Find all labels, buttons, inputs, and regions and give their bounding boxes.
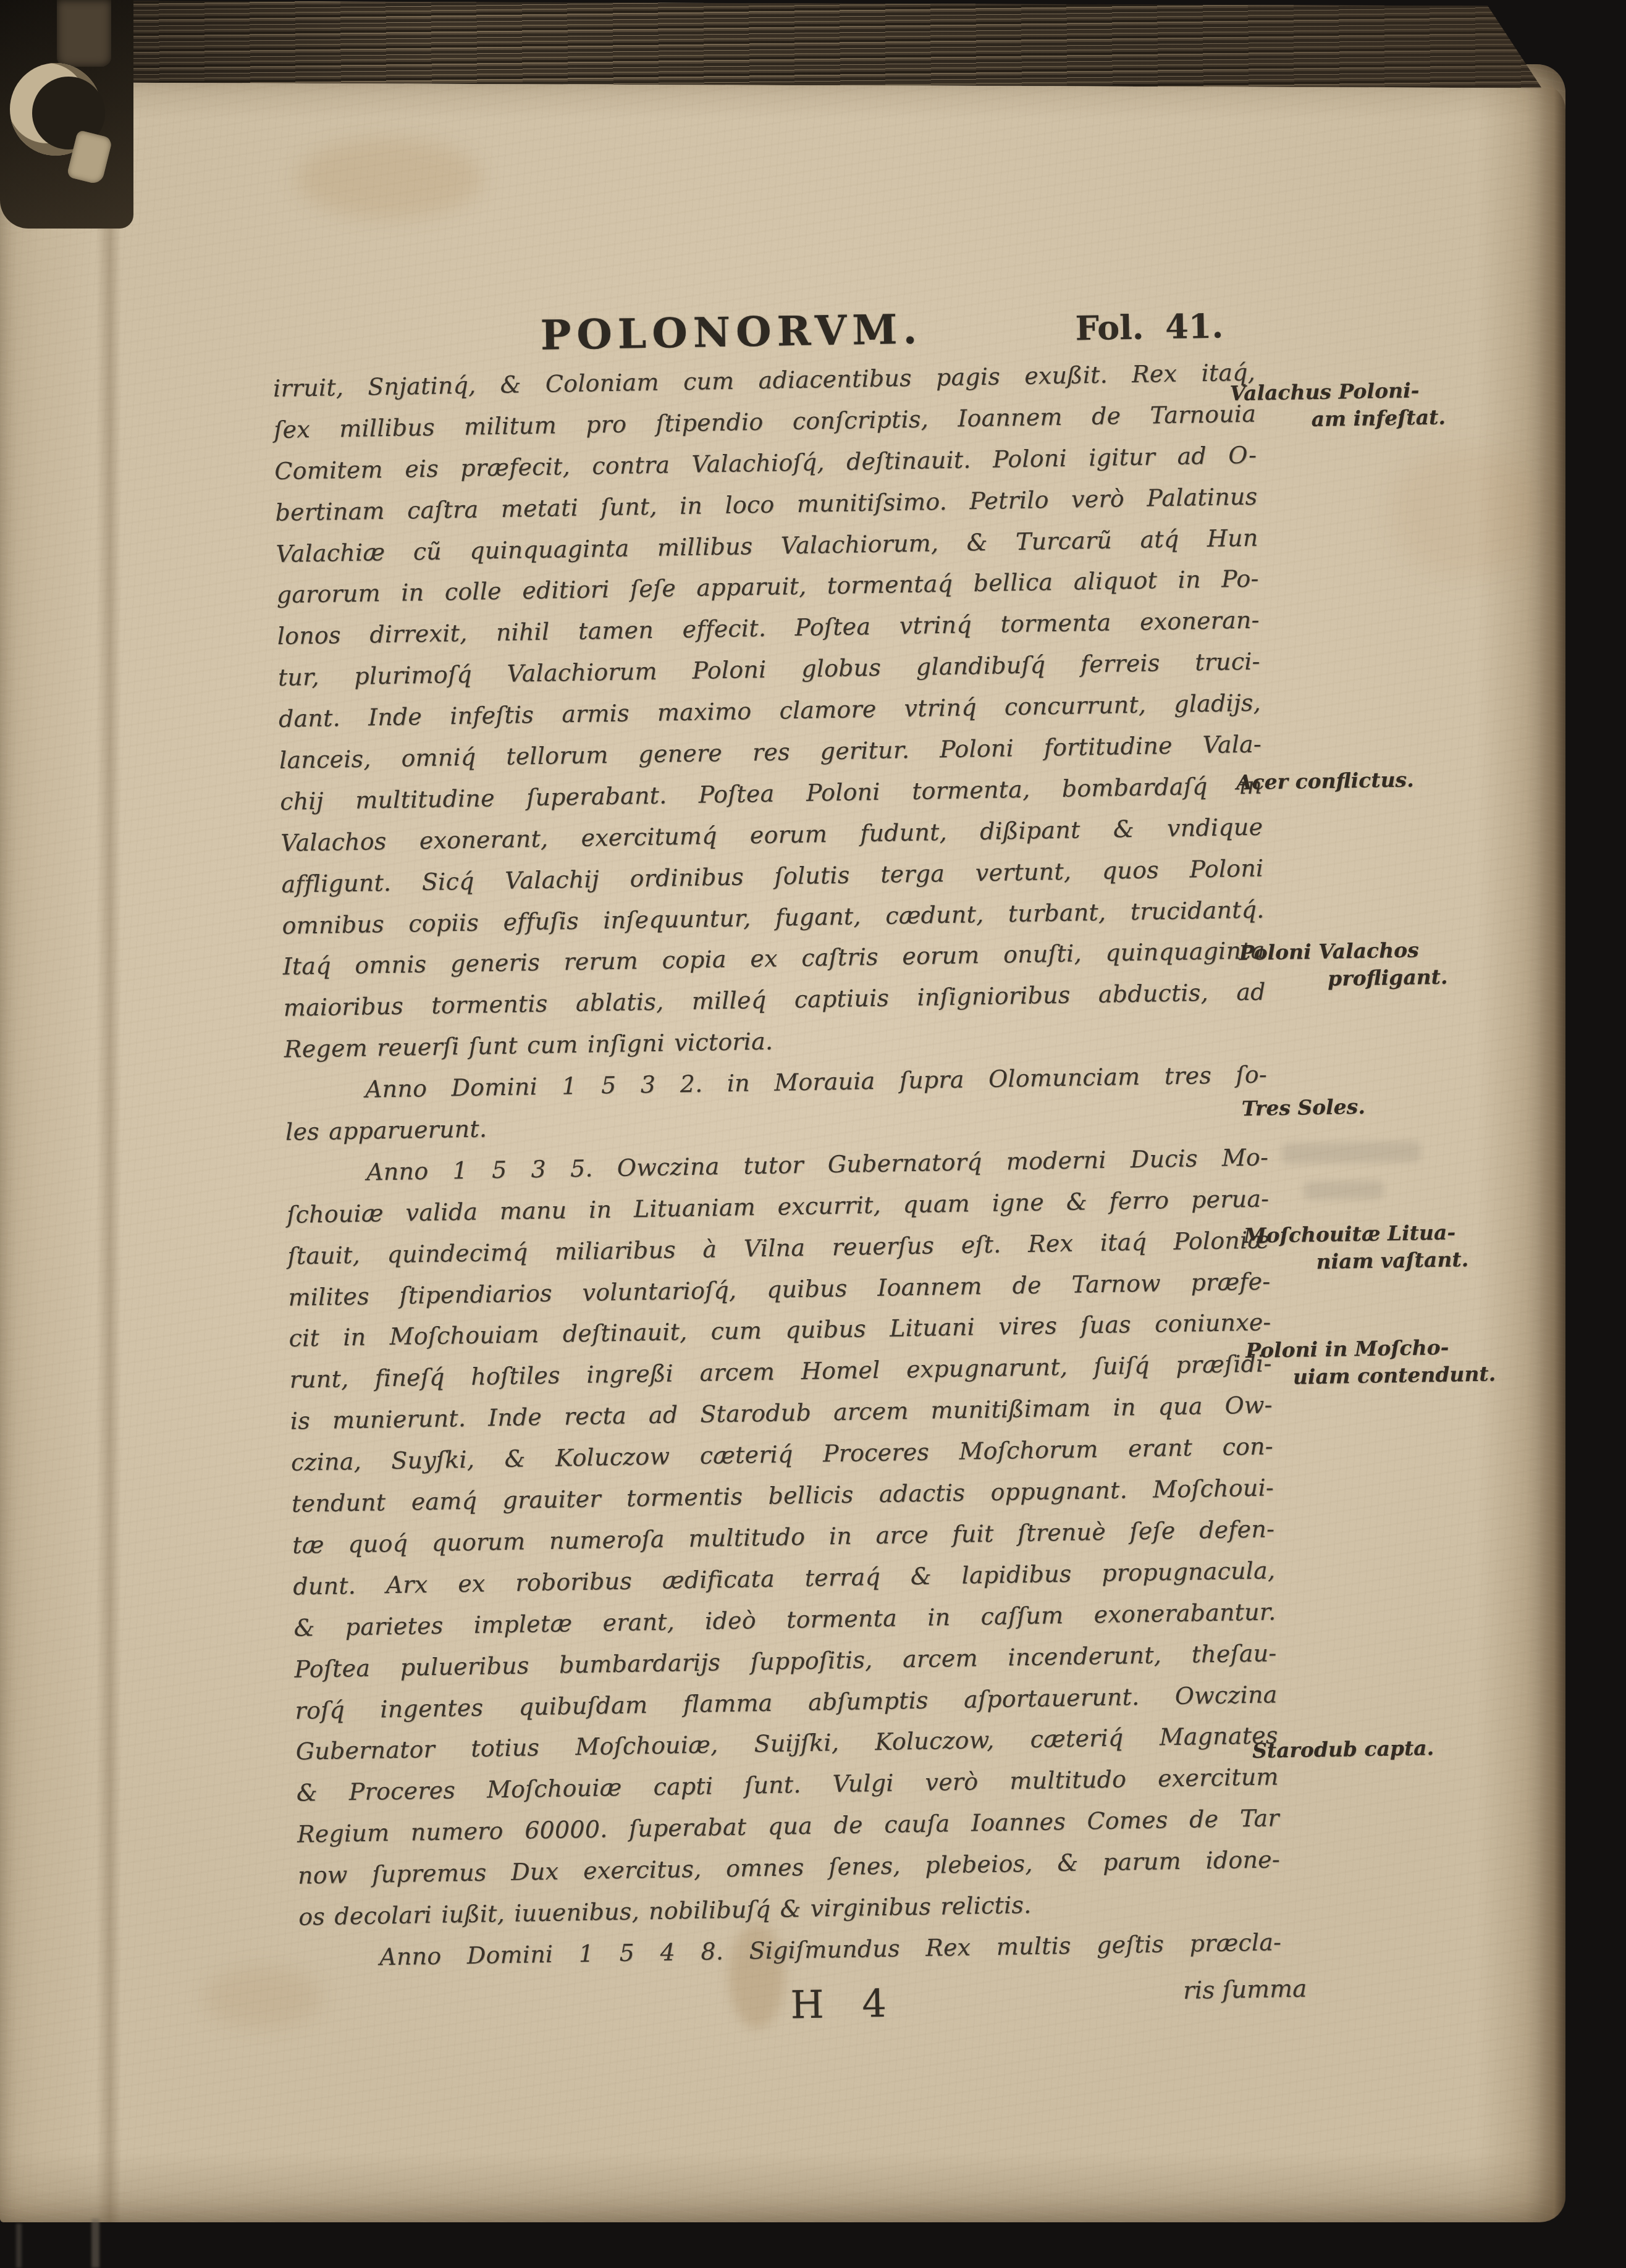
margin-note: Acer conflictus. [1236, 764, 1533, 796]
catchword: ris ſumma [1059, 1975, 1307, 2007]
margin-note: Poloni Valachos profligant. [1239, 934, 1536, 994]
margin-note-line: Poloni Valachos [1239, 938, 1419, 965]
fore-edge-shadow [1537, 83, 1565, 2222]
clasp-strap [57, 0, 111, 67]
margin-note-line: Starodub capta. [1252, 1736, 1434, 1763]
paper-stain [297, 138, 482, 219]
paper-stain [1390, 447, 1538, 577]
gutter-crease [96, 219, 121, 2222]
margin-note-line: Acer conflictus. [1236, 767, 1414, 794]
body-text: irruit, Snjatinq́, & Coloniam cum adiace… [273, 352, 1282, 1980]
text-block: POLONORVM. Fol. 41. irruit, Snjatinq́, &… [272, 292, 1284, 2099]
margin-note: Valachus Poloni- am infeſtat. [1229, 375, 1527, 434]
page-stack-edge [0, 0, 1543, 88]
margin-note-line: Tres Soles. [1241, 1094, 1365, 1120]
margin-note-line: uiam contendunt. [1246, 1359, 1543, 1392]
margin-note-line: Poloni in Moſcho- [1245, 1335, 1449, 1363]
margin-note-line: Moſchouitæ Litua- [1244, 1220, 1455, 1248]
cloth-streak [16, 2224, 22, 2268]
folio-number: Fol. 41. [1075, 306, 1223, 348]
margin-note-line: profligant. [1239, 962, 1536, 994]
book-page: POLONORVM. Fol. 41. irruit, Snjatinq́, &… [0, 64, 1565, 2222]
margin-note: Poloni in Moſcho- uiam contendunt. [1245, 1332, 1543, 1392]
margin-note: Tres Soles. [1241, 1090, 1538, 1122]
margin-note-line: niam vaſtant. [1244, 1245, 1541, 1277]
scanned-book-photo: POLONORVM. Fol. 41. irruit, Snjatinq́, &… [0, 0, 1626, 2268]
page-title: POLONORVM. [540, 305, 923, 359]
binding-corner [0, 0, 133, 229]
ink-show-through [1304, 1180, 1384, 1200]
cloth-streak [91, 2219, 99, 2268]
margin-note: Moſchouitæ Litua- niam vaſtant. [1244, 1217, 1541, 1277]
ink-show-through [1282, 1141, 1422, 1164]
margin-note-line: Valachus Poloni- [1229, 378, 1419, 405]
signature-mark: H 4 [790, 1981, 887, 2028]
margin-note-line: am infeſtat. [1230, 402, 1527, 434]
margin-note: Starodub capta. [1252, 1732, 1549, 1765]
